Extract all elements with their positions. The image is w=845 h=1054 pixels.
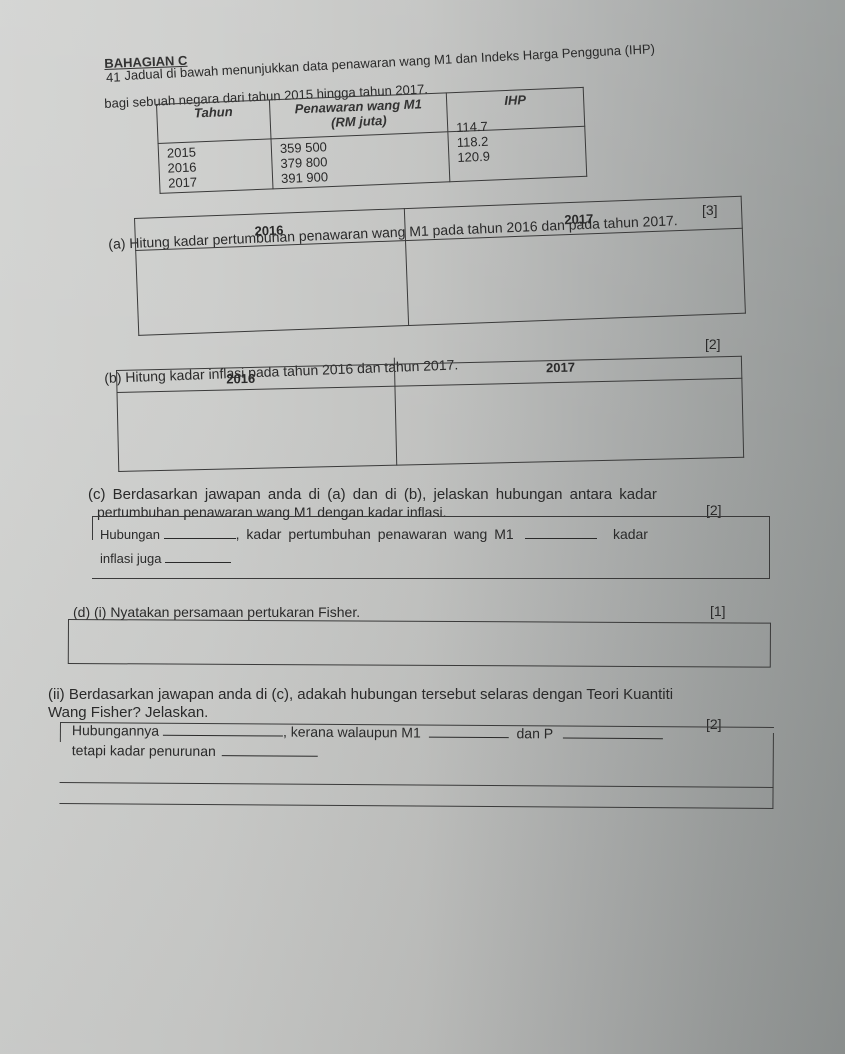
m1-ihp-table: Tahun Penawaran wang M1 (RM juta) IHP 20… xyxy=(156,87,587,194)
part-c-blank-2[interactable] xyxy=(525,526,597,539)
part-d-ii-blank-4[interactable] xyxy=(222,743,318,757)
part-a-answer-box: 2016 2017 xyxy=(134,196,746,336)
part-d-ii-answer-label: Hubungannya xyxy=(72,722,159,739)
years-column: 2015 2016 2017 xyxy=(158,139,273,193)
table-cell-year: 2017 xyxy=(168,172,265,191)
part-c-answer-text: , kadar pertumbuhan penawaran wang M1 xyxy=(236,526,514,542)
part-c-answer-kadar: kadar xyxy=(613,526,648,542)
part-a-col-2017: 2017 xyxy=(564,211,593,227)
question-number: 41 xyxy=(106,69,121,85)
part-d-ii-question-line2: Wang Fisher? Jelaskan. xyxy=(48,704,208,721)
ihp-column: 114.7 118.2 120.9 xyxy=(447,112,586,167)
part-d-ii-answer-box: Hubungannya , kerana walaupun M1 dan P t… xyxy=(59,722,774,809)
part-d-ii-blank-3[interactable] xyxy=(563,726,663,740)
part-b-marks: [2] xyxy=(705,336,721,352)
part-c-answer-inflasi: inflasi juga xyxy=(100,551,161,566)
part-d-i-question: (d) (i) Nyatakan persamaan pertukaran Fi… xyxy=(73,604,360,620)
part-b-answer-2016[interactable] xyxy=(117,387,396,471)
question-intro: 41 xyxy=(104,0,794,39)
part-b-answer-box: 2016 2017 xyxy=(116,356,744,472)
part-b-col-2017: 2017 xyxy=(546,360,575,376)
part-d-i-answer-box[interactable] xyxy=(68,619,771,668)
part-c-answer-box: Hubungan , kadar pertumbuhan penawaran w… xyxy=(92,514,770,580)
part-d-i-marks: [1] xyxy=(710,603,726,619)
part-b-col-2016: 2016 xyxy=(226,371,255,387)
m1-column: 359 500 379 800 391 900 xyxy=(271,132,450,189)
part-a-answer-2016[interactable] xyxy=(135,241,407,335)
part-d-ii-answer-danp: dan P xyxy=(517,725,553,741)
header-tahun: Tahun xyxy=(157,100,271,144)
part-d-ii-blank-2[interactable] xyxy=(429,725,509,739)
part-c-blank-3[interactable] xyxy=(165,550,231,563)
part-c-answer-label: Hubungan xyxy=(100,527,160,542)
part-d-ii-question-line1: (ii) Berdasarkan jawapan anda di (c), ad… xyxy=(48,686,673,703)
part-d-ii-blank-1[interactable] xyxy=(163,723,283,737)
part-d-ii-answer-text: , kerana walaupun M1 xyxy=(283,724,421,741)
part-d-ii-answer-penurunan: tetapi kadar penurunan xyxy=(72,742,216,759)
part-c-question-line1: (c) Berdasarkan jawapan anda di (a) dan … xyxy=(88,486,657,503)
part-a-answer-2017[interactable] xyxy=(406,229,745,325)
part-a-col-2016: 2016 xyxy=(254,223,283,239)
part-c-blank-1[interactable] xyxy=(164,526,236,539)
part-b-answer-2017[interactable] xyxy=(395,379,743,465)
